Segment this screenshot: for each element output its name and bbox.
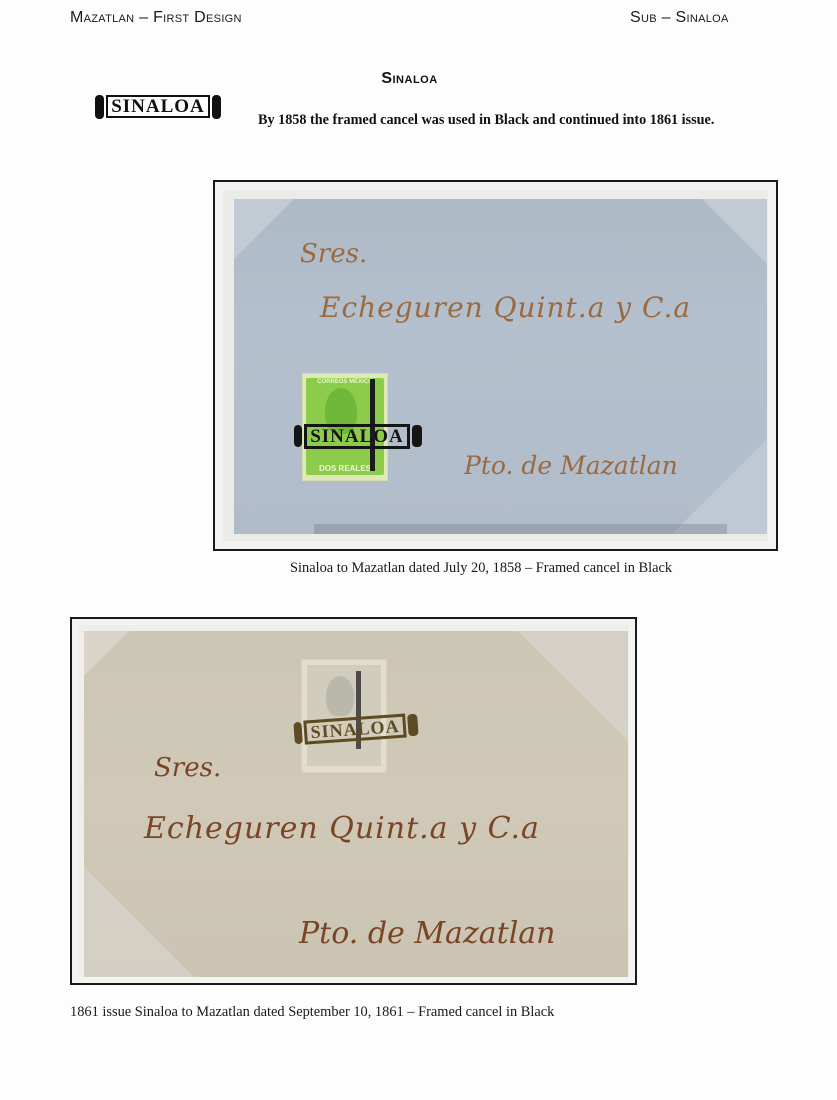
address-line-1: Sres. bbox=[154, 753, 221, 783]
postmark-cancel-1: SINALOA bbox=[278, 423, 438, 449]
address-line-3: Pto. de Mazatlan bbox=[299, 916, 556, 951]
cancel-right-cap bbox=[212, 95, 221, 119]
cancel-right-cap bbox=[407, 714, 419, 737]
postmark-text: SINALOA bbox=[304, 424, 410, 449]
address-line-2: Echeguren Quint.a y C.a bbox=[144, 811, 540, 846]
cancel-left-cap bbox=[95, 95, 104, 119]
cancel-sample-image: SINALOA bbox=[78, 93, 238, 120]
address-line-3: Pto. de Mazatlan bbox=[464, 451, 678, 480]
stain-bottom bbox=[314, 524, 727, 534]
mount-corner-tl bbox=[234, 199, 294, 259]
cover-frame-2: SINALOA Sres. Echeguren Quint.a y C.a Pt… bbox=[70, 617, 637, 985]
cover-image-2: SINALOA Sres. Echeguren Quint.a y C.a Pt… bbox=[84, 631, 628, 977]
cancel-sample-text: SINALOA bbox=[106, 95, 210, 118]
cancel-left-cap bbox=[294, 425, 302, 447]
cancel-right-cap bbox=[412, 425, 422, 447]
address-line-2: Echeguren Quint.a y C.a bbox=[320, 291, 691, 324]
mount-corner-tr bbox=[702, 199, 767, 264]
postmark-text: SINALOA bbox=[304, 714, 406, 745]
mount-corner-bl bbox=[84, 867, 194, 977]
cover-caption-2: 1861 issue Sinaloa to Mazatlan dated Sep… bbox=[70, 1004, 554, 1021]
cover-caption-1: Sinaloa to Mazatlan dated July 20, 1858 … bbox=[290, 560, 672, 577]
page-header-left: Mazatlan – First Design bbox=[70, 9, 242, 27]
page-header-right: Sub – Sinaloa bbox=[630, 9, 729, 27]
stamp-portrait bbox=[326, 676, 354, 716]
intro-text: By 1858 the framed cancel was used in Bl… bbox=[258, 112, 714, 129]
mount-corner-br bbox=[672, 439, 767, 534]
address-line-1: Sres. bbox=[300, 239, 367, 269]
cancel-left-cap bbox=[294, 722, 304, 745]
mount-corner-tr bbox=[518, 631, 628, 741]
cover-image-1: Sres. Echeguren Quint.a y C.a Pto. de Ma… bbox=[234, 199, 767, 534]
cover-frame-1: Sres. Echeguren Quint.a y C.a Pto. de Ma… bbox=[213, 180, 778, 551]
page-title: Sinaloa bbox=[0, 70, 837, 88]
page-title-text: Sinaloa bbox=[381, 70, 437, 88]
mount-corner-tl bbox=[84, 631, 129, 676]
